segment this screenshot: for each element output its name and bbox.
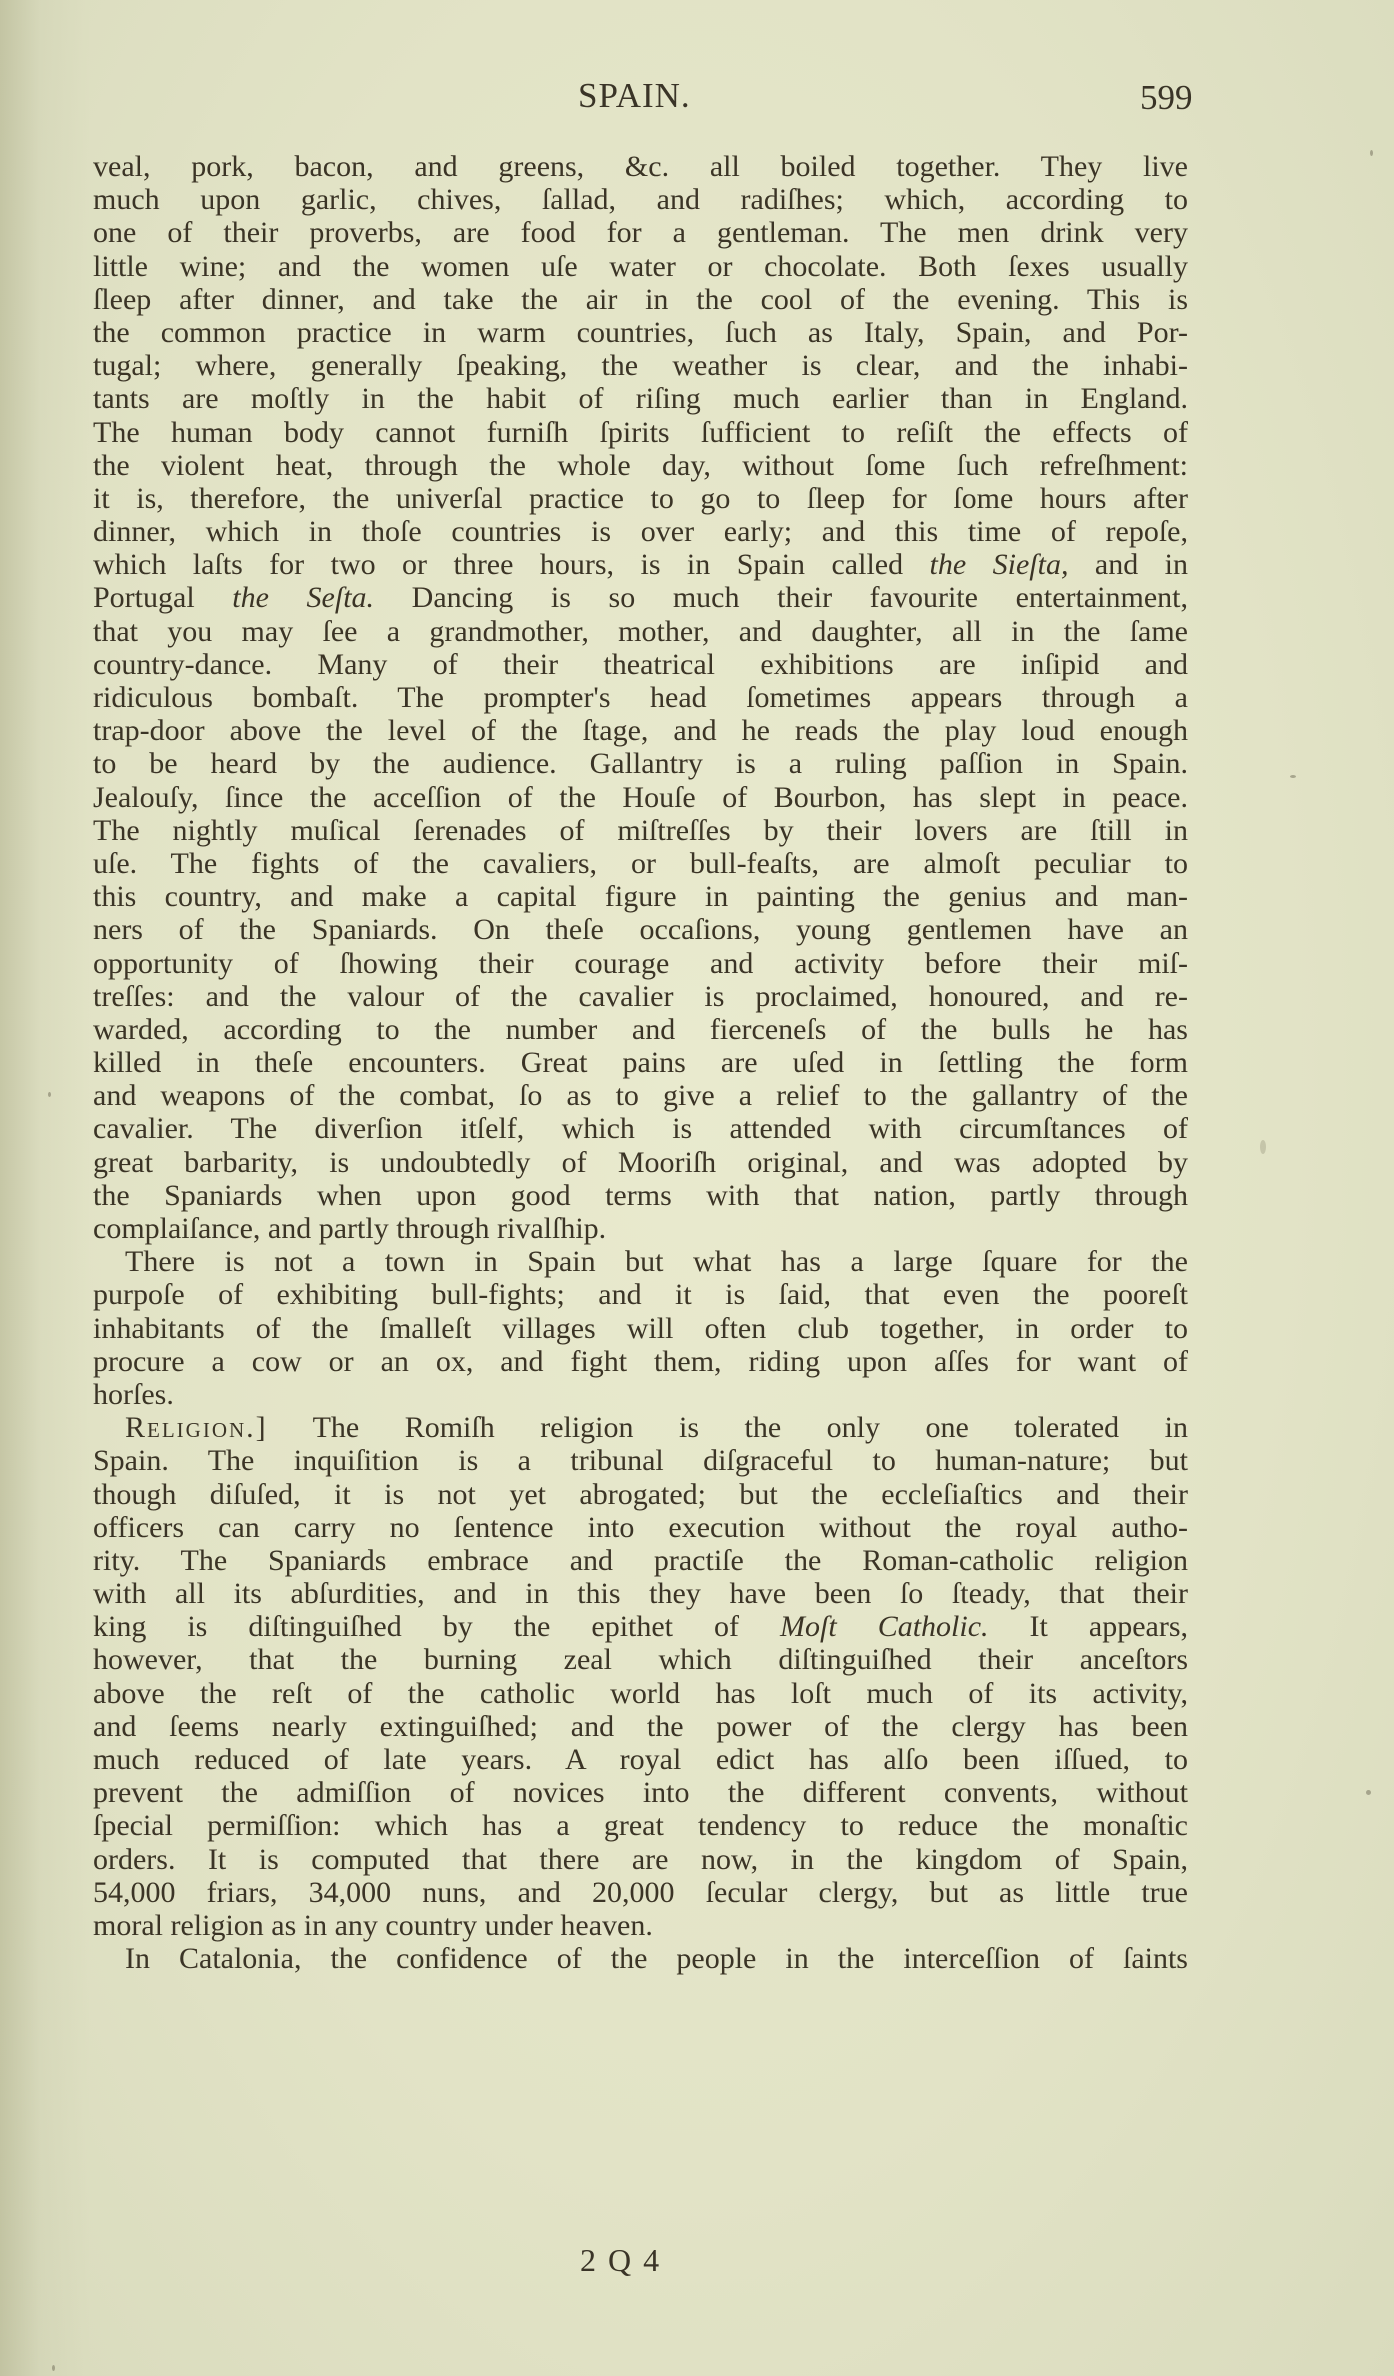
text-line: to be heard by the audience. Gallantry i… (93, 747, 1188, 780)
text-line: and weapons of the combat, ſo as to give… (93, 1079, 1188, 1112)
text-line: which laſts for two or three hours, is i… (93, 548, 1188, 581)
paper-speck (1260, 1140, 1266, 1154)
line-text: It appears, (989, 1610, 1188, 1643)
text-line: that you may ſee a grandmother, mother, … (93, 615, 1188, 648)
text-line: it is, therefore, the univerſal practice… (93, 482, 1188, 515)
text-line: with all its abſurdities, and in this th… (93, 1577, 1188, 1610)
text-line: Jealouſy, ſince the acceſſion of the Hou… (93, 781, 1188, 814)
text-line: cavalier. The diverſion itſelf, which is… (93, 1112, 1188, 1145)
text-line: prevent the admiſſion of novices into th… (93, 1776, 1188, 1809)
text-line: inhabitants of the ſmalleſt villages wil… (93, 1312, 1188, 1345)
text-line: veal, pork, bacon, and greens, &c. all b… (93, 150, 1188, 183)
text-line: dinner, which in thoſe countries is over… (93, 515, 1188, 548)
line-text: Dancing is so much their favourite enter… (374, 581, 1188, 614)
text-line: much upon garlic, chives, ſallad, and ra… (93, 183, 1188, 216)
line-text: dinner, which in thoſe countries is over… (93, 515, 1188, 548)
paper-speck (48, 1092, 51, 1097)
line-text: procure a cow or an ox, and fight them, … (93, 1345, 1188, 1378)
text-line: purpoſe of exhibiting bull-fights; and i… (93, 1278, 1188, 1311)
line-text: much upon garlic, chives, ſallad, and ra… (93, 183, 1188, 216)
text-line: orders. It is computed that there are no… (93, 1843, 1188, 1876)
text-line: complaiſance, and partly through rivalſh… (93, 1212, 1188, 1245)
text-line: The human body cannot furniſh ſpirits ſu… (93, 416, 1188, 449)
line-text: and in (1068, 548, 1188, 581)
text-line: little wine; and the women uſe water or … (93, 250, 1188, 283)
line-text: to be heard by the audience. Gallantry i… (93, 747, 1188, 780)
line-text: In Catalonia, the confidence of the peop… (125, 1942, 1188, 1975)
text-line: however, that the burning zeal which diſ… (93, 1643, 1188, 1676)
line-text: ridiculous bombaſt. The prompter's head … (93, 681, 1188, 714)
line-text: The Romiſh religion is the only one tole… (268, 1411, 1188, 1444)
text-line: 54,000 friars, 34,000 nuns, and 20,000 ſ… (93, 1876, 1188, 1909)
line-text: veal, pork, bacon, and greens, &c. all b… (93, 150, 1188, 183)
line-text: which laſts for two or three hours, is i… (93, 548, 930, 581)
line-text: Jealouſy, ſince the acceſſion of the Hou… (93, 781, 1188, 814)
line-text: officers can carry no ſentence into exec… (93, 1511, 1188, 1544)
text-line: killed in theſe encounters. Great pains … (93, 1046, 1188, 1079)
line-text: tugal; where, generally ſpeaking, the we… (93, 349, 1188, 382)
line-text: one of their proverbs, are food for a ge… (93, 216, 1188, 249)
line-text: killed in theſe encounters. Great pains … (93, 1046, 1188, 1079)
text-line: and ſeems nearly extinguiſhed; and the p… (93, 1710, 1188, 1743)
text-line: The nightly muſical ſerenades of miſtreſ… (93, 814, 1188, 847)
text-line: uſe. The fights of the cavaliers, or bul… (93, 847, 1188, 880)
italic-term: the Sieſta, (930, 548, 1069, 581)
text-line: much reduced of late years. A royal edic… (93, 1743, 1188, 1776)
text-line: officers can carry no ſentence into exec… (93, 1511, 1188, 1544)
line-text: trap-door above the level of the ſtage, … (93, 714, 1188, 747)
text-line: above the reſt of the catholic world has… (93, 1677, 1188, 1710)
line-text: the violent heat, through the whole day,… (93, 449, 1188, 482)
line-text: orders. It is computed that there are no… (93, 1843, 1188, 1876)
line-text: prevent the admiſſion of novices into th… (93, 1776, 1188, 1809)
line-text: ners of the Spaniards. On theſe occaſion… (93, 913, 1188, 946)
line-text: 54,000 friars, 34,000 nuns, and 20,000 ſ… (93, 1876, 1188, 1909)
line-text: moral religion as in any country under h… (93, 1909, 653, 1942)
text-line: procure a cow or an ox, and fight them, … (93, 1345, 1188, 1378)
line-text: much reduced of late years. A royal edic… (93, 1743, 1188, 1776)
paper-speck (1290, 775, 1296, 778)
text-line: country-dance. Many of their theatrical … (93, 648, 1188, 681)
line-text: Spain. The inquiſition is a tribunal diſ… (93, 1444, 1188, 1477)
text-line: tants are moſtly in the habit of riſing … (93, 382, 1188, 415)
line-text: cavalier. The diverſion itſelf, which is… (93, 1112, 1188, 1145)
line-text: The human body cannot furniſh ſpirits ſu… (93, 416, 1188, 449)
text-line: treſſes: and the valour of the cavalier … (93, 980, 1188, 1013)
section-heading: Religion.] (125, 1411, 268, 1444)
line-text: tants are moſtly in the habit of riſing … (93, 382, 1188, 415)
text-line: one of their proverbs, are food for a ge… (93, 216, 1188, 249)
line-text: it is, therefore, the univerſal practice… (93, 482, 1188, 515)
line-text: There is not a town in Spain but what ha… (125, 1245, 1188, 1278)
line-text: with all its abſurdities, and in this th… (93, 1577, 1188, 1610)
line-text: and weapons of the combat, ſo as to give… (93, 1079, 1188, 1112)
line-text: treſſes: and the valour of the cavalier … (93, 980, 1188, 1013)
line-text: this country, and make a capital figure … (93, 880, 1188, 913)
text-line: horſes. (93, 1378, 1188, 1411)
text-line: the violent heat, through the whole day,… (93, 449, 1188, 482)
text-line: opportunity of ſhowing their courage and… (93, 947, 1188, 980)
text-line: Portugal the Seſta. Dancing is so much t… (93, 581, 1188, 614)
text-line: ridiculous bombaſt. The prompter's head … (93, 681, 1188, 714)
text-line: the common practice in warm countries, ſ… (93, 316, 1188, 349)
line-text: little wine; and the women uſe water or … (93, 250, 1188, 283)
text-line: ſpecial permiſſion: which has a great te… (93, 1809, 1188, 1842)
page-header: SPAIN. 599 (0, 76, 1394, 126)
line-text: horſes. (93, 1378, 174, 1411)
signature-mark: 2 Q 4 (580, 2242, 661, 2279)
text-line: In Catalonia, the confidence of the peop… (93, 1942, 1188, 1975)
text-line: warded, according to the number and fier… (93, 1013, 1188, 1046)
text-line: Religion.] The Romiſh religion is the on… (93, 1411, 1188, 1444)
line-text: though diſuſed, it is not yet abrogated;… (93, 1478, 1188, 1511)
line-text: however, that the burning zeal which diſ… (93, 1643, 1188, 1676)
line-text: Portugal (93, 581, 232, 614)
line-text: opportunity of ſhowing their courage and… (93, 947, 1188, 980)
text-line: great barbarity, is undoubtedly of Moori… (93, 1146, 1188, 1179)
text-line: this country, and make a capital figure … (93, 880, 1188, 913)
line-text: complaiſance, and partly through rivalſh… (93, 1212, 606, 1245)
line-text: inhabitants of the ſmalleſt villages wil… (93, 1312, 1188, 1345)
text-line: king is diſtinguiſhed by the epithet of … (93, 1610, 1188, 1643)
text-line: the Spaniards when upon good terms with … (93, 1179, 1188, 1212)
text-line: Spain. The inquiſition is a tribunal diſ… (93, 1444, 1188, 1477)
text-line: ſleep after dinner, and take the air in … (93, 283, 1188, 316)
text-line: trap-door above the level of the ſtage, … (93, 714, 1188, 747)
text-line: though diſuſed, it is not yet abrogated;… (93, 1478, 1188, 1511)
line-text: the Spaniards when upon good terms with … (93, 1179, 1188, 1212)
line-text: ſleep after dinner, and take the air in … (93, 283, 1188, 316)
paper-speck (52, 2365, 55, 2371)
text-line: rity. The Spaniards embrace and practiſe… (93, 1544, 1188, 1577)
line-text: country-dance. Many of their theatrical … (93, 648, 1188, 681)
text-line: tugal; where, generally ſpeaking, the we… (93, 349, 1188, 382)
line-text: ſpecial permiſſion: which has a great te… (93, 1809, 1188, 1842)
line-text: above the reſt of the catholic world has… (93, 1677, 1188, 1710)
body-text: veal, pork, bacon, and greens, &c. all b… (93, 150, 1188, 1975)
text-line: moral religion as in any country under h… (93, 1909, 1188, 1942)
line-text: uſe. The fights of the cavaliers, or bul… (93, 847, 1188, 880)
text-line: ners of the Spaniards. On theſe occaſion… (93, 913, 1188, 946)
page-number: 599 (1140, 78, 1193, 118)
line-text: purpoſe of exhibiting bull-fights; and i… (93, 1278, 1188, 1311)
line-text: warded, according to the number and fier… (93, 1013, 1188, 1046)
line-text: that you may ſee a grandmother, mother, … (93, 615, 1188, 648)
paper-speck (1370, 150, 1373, 156)
line-text: king is diſtinguiſhed by the epithet of (93, 1610, 780, 1643)
line-text: The nightly muſical ſerenades of miſtreſ… (93, 814, 1188, 847)
line-text: and ſeems nearly extinguiſhed; and the p… (93, 1710, 1188, 1743)
line-text: the common practice in warm countries, ſ… (93, 316, 1188, 349)
line-text: great barbarity, is undoubtedly of Moori… (93, 1146, 1188, 1179)
paper-speck (1366, 1790, 1371, 1795)
running-head: SPAIN. (578, 76, 691, 116)
line-text: rity. The Spaniards embrace and practiſe… (93, 1544, 1188, 1577)
book-page: SPAIN. 599 veal, pork, bacon, and greens… (0, 0, 1394, 2376)
italic-term: the Seſta. (232, 581, 374, 614)
text-line: There is not a town in Spain but what ha… (93, 1245, 1188, 1278)
italic-term: Moſt Catholic. (780, 1610, 989, 1643)
